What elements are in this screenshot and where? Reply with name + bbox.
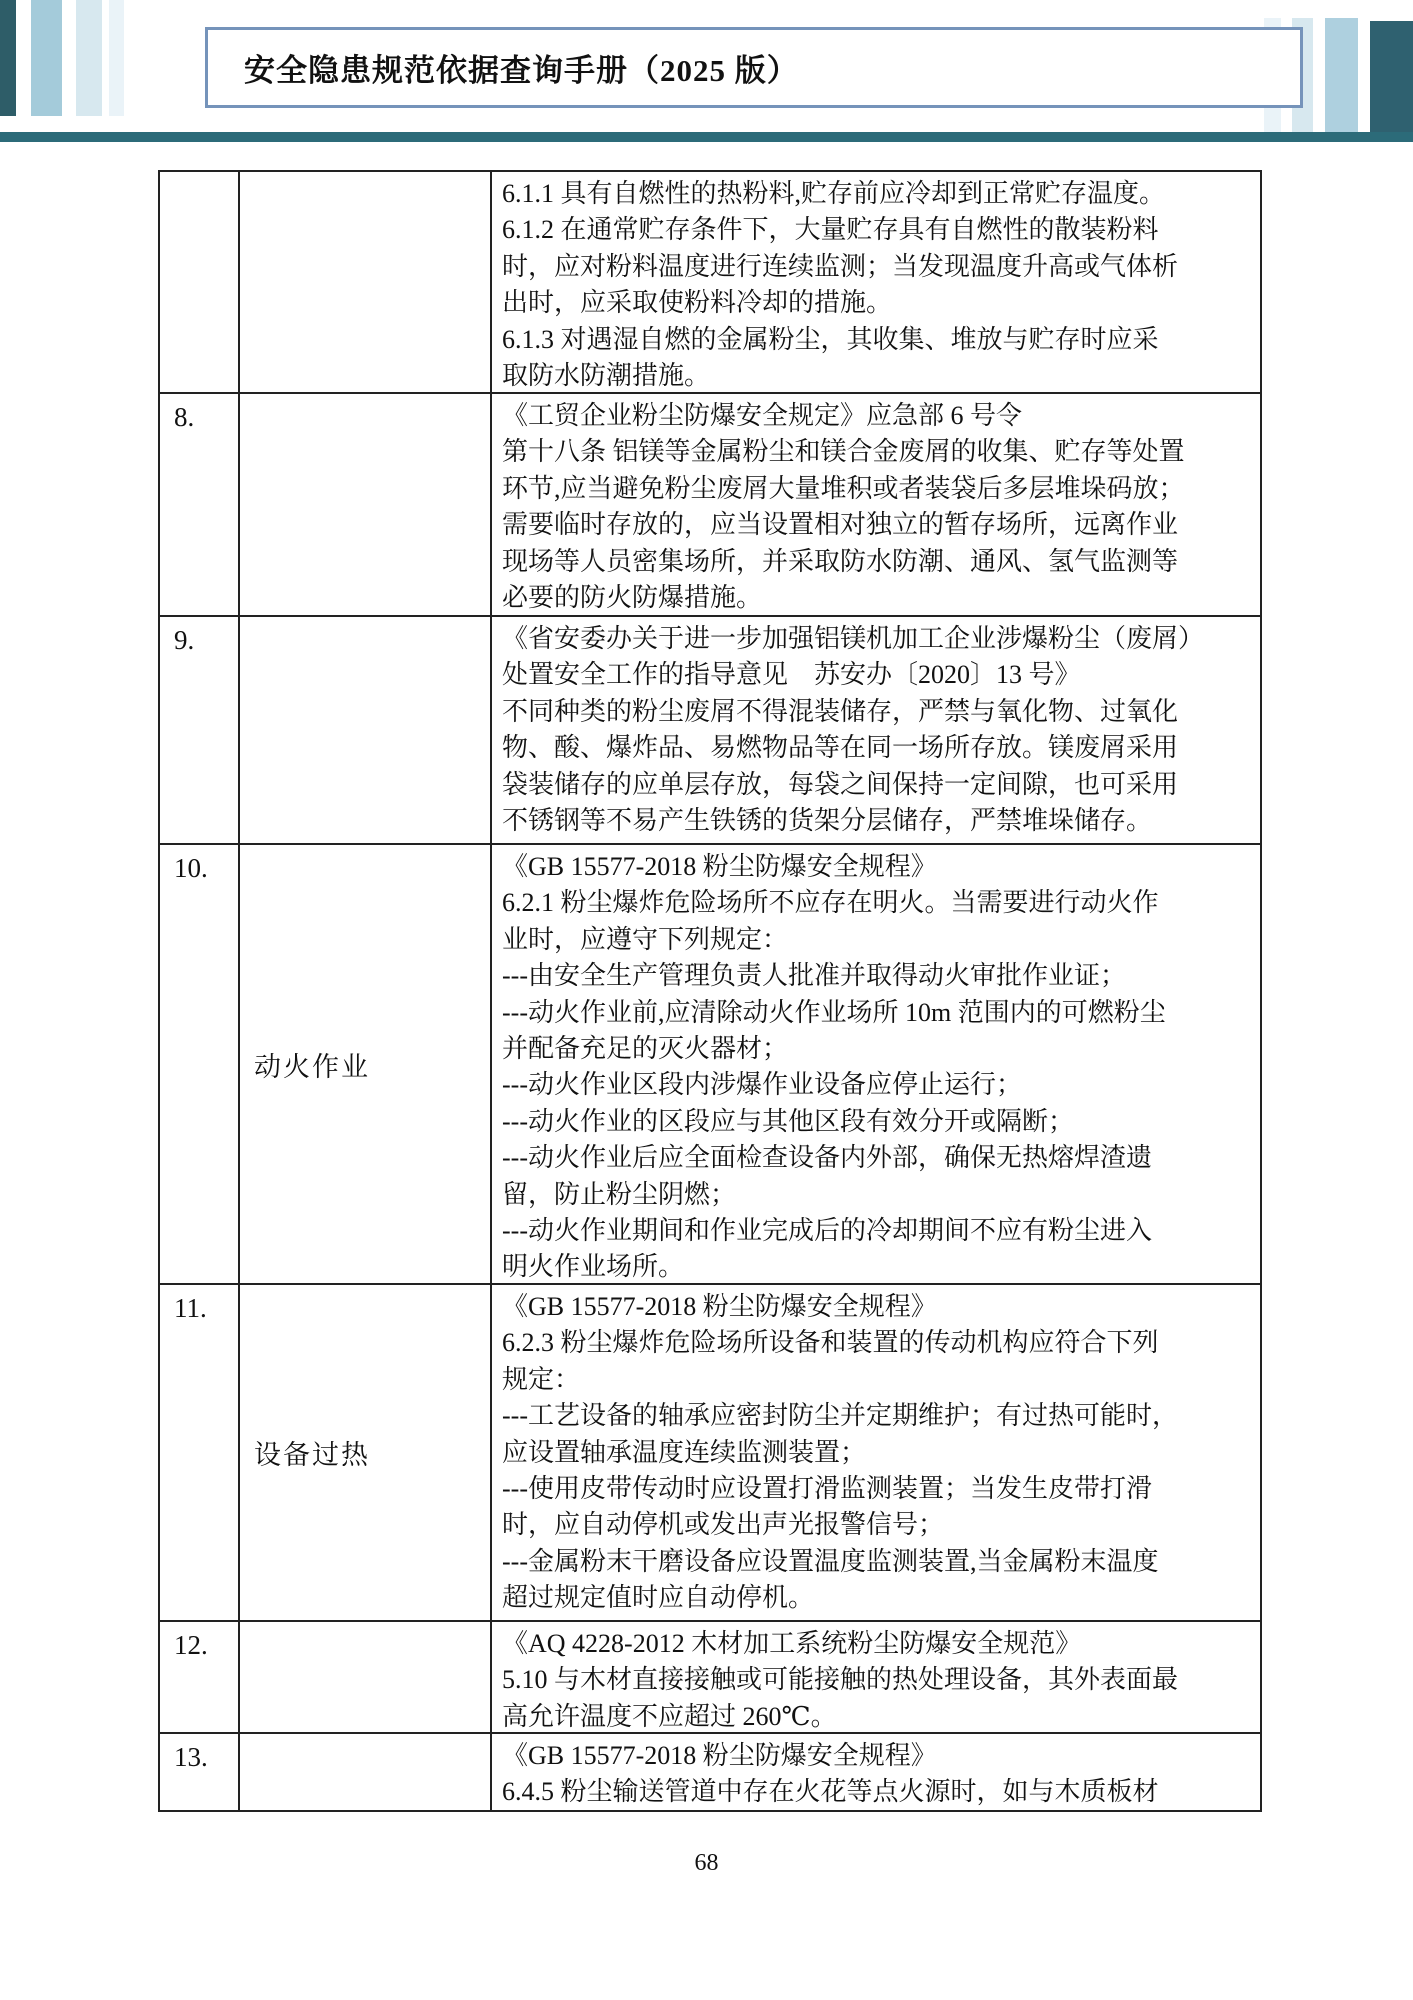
row-content: 《AQ 4228-2012 木材加工系统粉尘防爆安全规范》 5.10 与木材直接… xyxy=(492,1622,1260,1734)
deco-bar-right-blue xyxy=(1325,18,1358,137)
row-content: 6.1.1 具有自燃性的热粉料,贮存前应冷却到正常贮存温度。 6.1.2 在通常… xyxy=(492,172,1260,394)
table-row: 8. 《工贸企业粉尘防爆安全规定》应急部 6 号令 第十八条 铝镁等金属粉尘和镁… xyxy=(160,394,1260,617)
row-category xyxy=(240,172,492,394)
deco-bar-left-blue xyxy=(31,0,62,116)
row-category xyxy=(240,1622,492,1734)
row-content: 《工贸企业粉尘防爆安全规定》应急部 6 号令 第十八条 铝镁等金属粉尘和镁合金废… xyxy=(492,394,1260,617)
table-row: 10. 动火作业 《GB 15577-2018 粉尘防爆安全规程》 6.2.1 … xyxy=(160,845,1260,1285)
row-content: 《GB 15577-2018 粉尘防爆安全规程》 6.4.5 粉尘输送管道中存在… xyxy=(492,1734,1260,1810)
row-category xyxy=(240,617,492,845)
row-number: 8. xyxy=(160,394,240,617)
row-content: 《GB 15577-2018 粉尘防爆安全规程》 6.2.3 粉尘爆炸危险场所设… xyxy=(492,1285,1260,1622)
row-category xyxy=(240,1734,492,1810)
header-title-box: 安全隐患规范依据查询手册（2025 版） xyxy=(205,27,1303,108)
row-category-equipment-overheat: 设备过热 xyxy=(240,1285,492,1622)
row-number: 11. xyxy=(160,1285,240,1622)
row-number: 12. xyxy=(160,1622,240,1734)
deco-bar-right-dark xyxy=(1370,21,1413,142)
page-title: 安全隐患规范依据查询手册（2025 版） xyxy=(208,45,799,90)
table-row: 6.1.1 具有自燃性的热粉料,贮存前应冷却到正常贮存温度。 6.1.2 在通常… xyxy=(160,172,1260,394)
regulations-table: 6.1.1 具有自燃性的热粉料,贮存前应冷却到正常贮存温度。 6.1.2 在通常… xyxy=(158,170,1262,1812)
row-category-hot-work: 动火作业 xyxy=(240,845,492,1285)
deco-bar-left-pale xyxy=(76,0,102,116)
page-number: 68 xyxy=(0,1850,1413,1877)
table-row: 9. 《省安委办关于进一步加强铝镁机加工企业涉爆粉尘（废屑） 处置安全工作的指导… xyxy=(160,617,1260,845)
row-number xyxy=(160,172,240,394)
table-row: 12. 《AQ 4228-2012 木材加工系统粉尘防爆安全规范》 5.10 与… xyxy=(160,1622,1260,1734)
row-category xyxy=(240,394,492,617)
row-content: 《GB 15577-2018 粉尘防爆安全规程》 6.2.1 粉尘爆炸危险场所不… xyxy=(492,845,1260,1285)
row-number: 9. xyxy=(160,617,240,845)
table-row: 11. 设备过热 《GB 15577-2018 粉尘防爆安全规程》 6.2.3 … xyxy=(160,1285,1260,1622)
row-number: 10. xyxy=(160,845,240,1285)
deco-bar-left-dark xyxy=(0,0,16,116)
table-row: 13. 《GB 15577-2018 粉尘防爆安全规程》 6.4.5 粉尘输送管… xyxy=(160,1734,1260,1810)
header-divider-band xyxy=(0,132,1413,142)
row-content: 《省安委办关于进一步加强铝镁机加工企业涉爆粉尘（废屑） 处置安全工作的指导意见 … xyxy=(492,617,1260,845)
document-page: 安全隐患规范依据查询手册（2025 版） 6.1.1 具有自燃性的热粉料,贮存前… xyxy=(0,0,1413,2000)
deco-bar-left-faint xyxy=(109,0,124,116)
row-number: 13. xyxy=(160,1734,240,1810)
